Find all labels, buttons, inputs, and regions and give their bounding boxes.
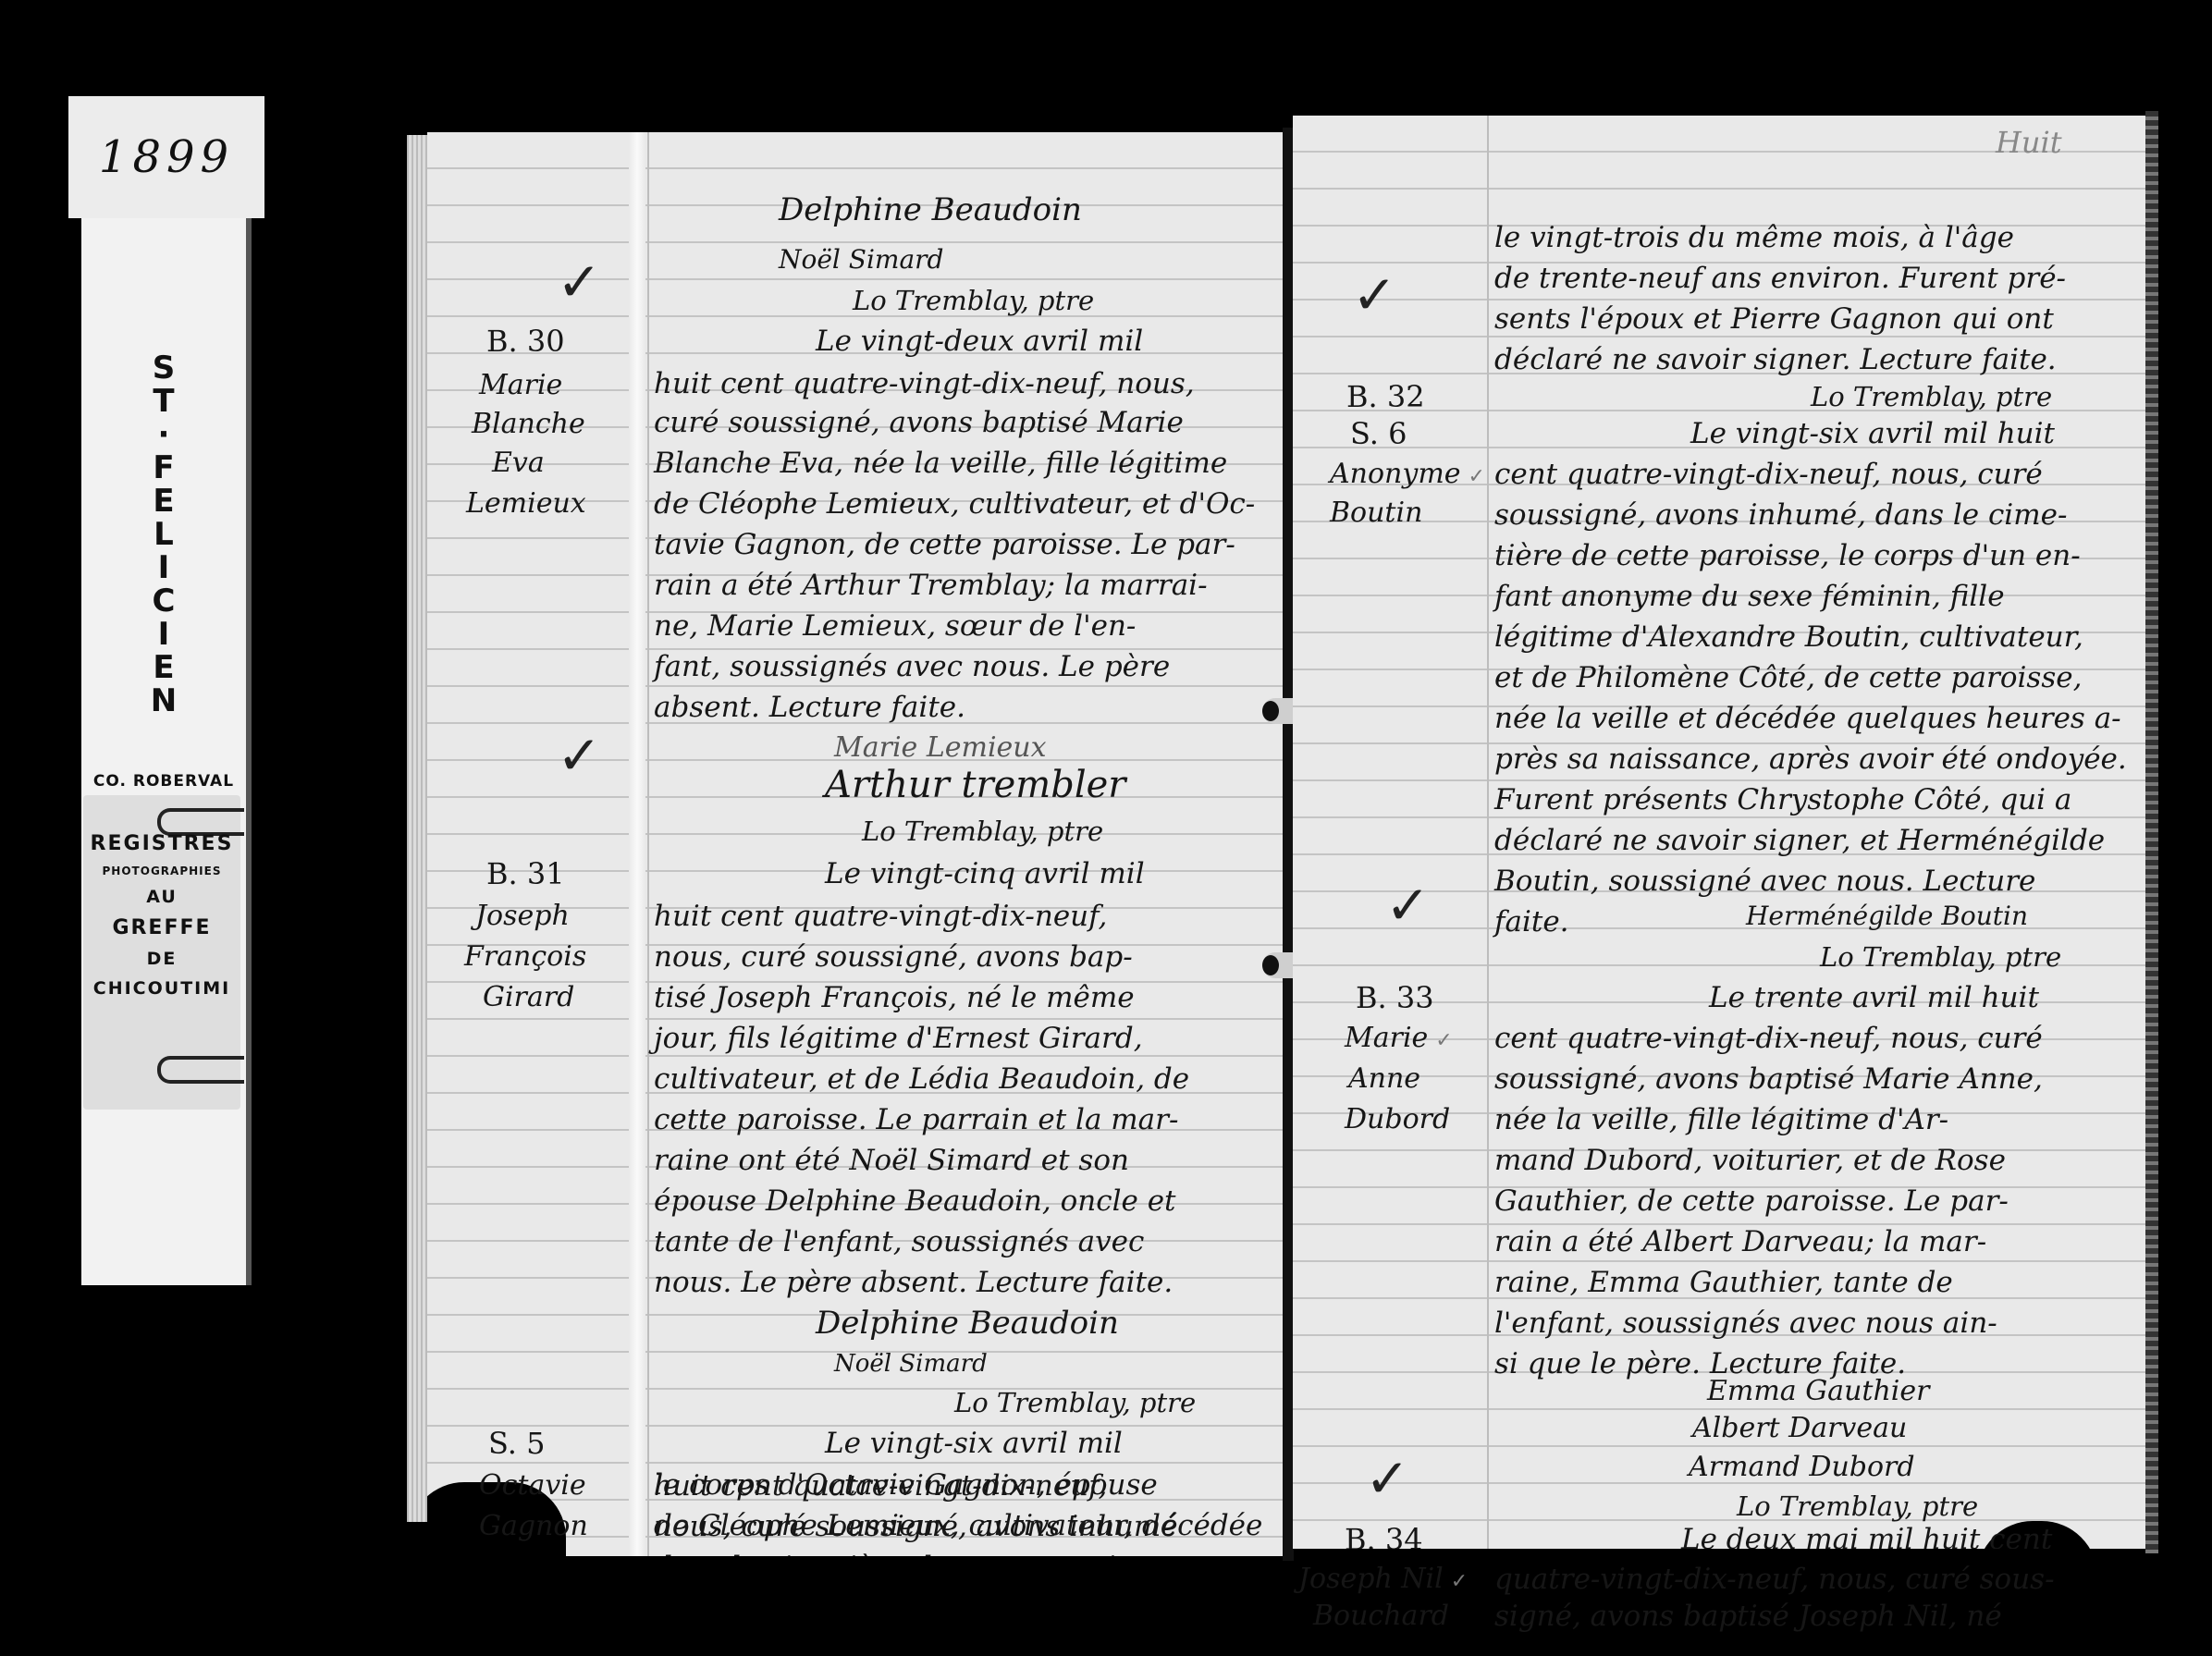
margin-name: Lemieux — [466, 480, 586, 528]
parish-letter: F — [153, 451, 174, 485]
tag-line: REGISTRES — [83, 832, 240, 855]
checkmark-icon: ✓ — [557, 251, 602, 313]
checkmark-icon: ✓ — [1385, 874, 1431, 937]
checkmark-icon: ✓ — [1365, 1447, 1410, 1510]
spine-year-label: 1899 — [68, 96, 264, 218]
parish-letter: L — [154, 518, 174, 551]
page-stack-edges — [407, 135, 427, 1522]
tag-line: AU — [83, 887, 240, 907]
margin-name: Bouchard — [1313, 1592, 1449, 1640]
parish-letter: · — [158, 418, 170, 451]
parish-letter: T — [153, 385, 174, 418]
record-line: signé, avons baptisé Joseph Nil, né — [1494, 1592, 2002, 1640]
signature: Arthur trembler — [825, 761, 1125, 809]
entry-number: B. 34 — [1345, 1515, 1423, 1549]
tag-line: DE — [83, 949, 240, 969]
checkmark-icon: ✓ — [557, 724, 602, 787]
margin-name: Boutin — [1330, 489, 1422, 537]
margin-name: Dubord — [1345, 1096, 1450, 1144]
page-stack-edges — [2145, 111, 2158, 1553]
parish-letter: I — [158, 618, 170, 651]
entry-number: S. 5 — [488, 1419, 545, 1467]
page-glare — [629, 132, 645, 1556]
parish-name-vertical: S T · F E L I C I E N — [81, 351, 246, 718]
spine-label-strip: S T · F E L I C I E N CO. ROBERVAL P.Q. … — [81, 213, 252, 1285]
priest-signature: Lo Tremblay, ptre — [862, 807, 1103, 855]
parish-letter: S — [153, 351, 176, 385]
left-page: Delphine Beaudoin Noël Simard Lo Trembla… — [427, 132, 1284, 1556]
parish-letter: N — [151, 684, 177, 718]
margin-rule — [647, 132, 649, 1556]
checkmark-icon: ✓ — [1352, 264, 1397, 326]
tag-line: GREFFE — [83, 916, 240, 939]
margin-rule — [1487, 116, 1489, 1549]
folio-number: Huit — [1996, 125, 2062, 160]
entry-number: B. 31 — [486, 850, 565, 898]
right-page: Huit le vingt-trois du même mois, à l'âg… — [1293, 116, 2145, 1549]
tag-line: CHICOUTIMI — [83, 978, 240, 999]
margin-name: Girard — [483, 974, 574, 1022]
margin-name: Gagnon — [479, 1503, 588, 1551]
registry-tag-text: REGISTRES PHOTOGRAPHIES AU GREFFE DE CHI… — [83, 832, 240, 1008]
parish-letter: E — [153, 651, 174, 684]
parish-letter: C — [153, 584, 176, 618]
paperclip-icon — [157, 1056, 244, 1084]
county-text: CO. ROBERVAL — [81, 767, 246, 795]
parish-letter: E — [153, 485, 174, 518]
record-line: Le deux mai mil huit cent — [1681, 1515, 2052, 1549]
record-line: Le vingt-cinq avril mil — [825, 850, 1145, 898]
parish-letter: I — [158, 551, 170, 584]
entry-number: B. 30 — [486, 317, 565, 365]
registry-tag: REGISTRES PHOTOGRAPHIES AU GREFFE DE CHI… — [83, 795, 240, 1110]
signature: Delphine Beaudoin — [779, 186, 1082, 234]
record-line: faite. — [1494, 898, 1569, 946]
tag-line: PHOTOGRAPHIES — [83, 865, 240, 877]
record-line: Le vingt-deux avril mil — [816, 317, 1143, 365]
record-line: de Cléophe Lemieux, cultivateur, décédée — [654, 1502, 1262, 1550]
